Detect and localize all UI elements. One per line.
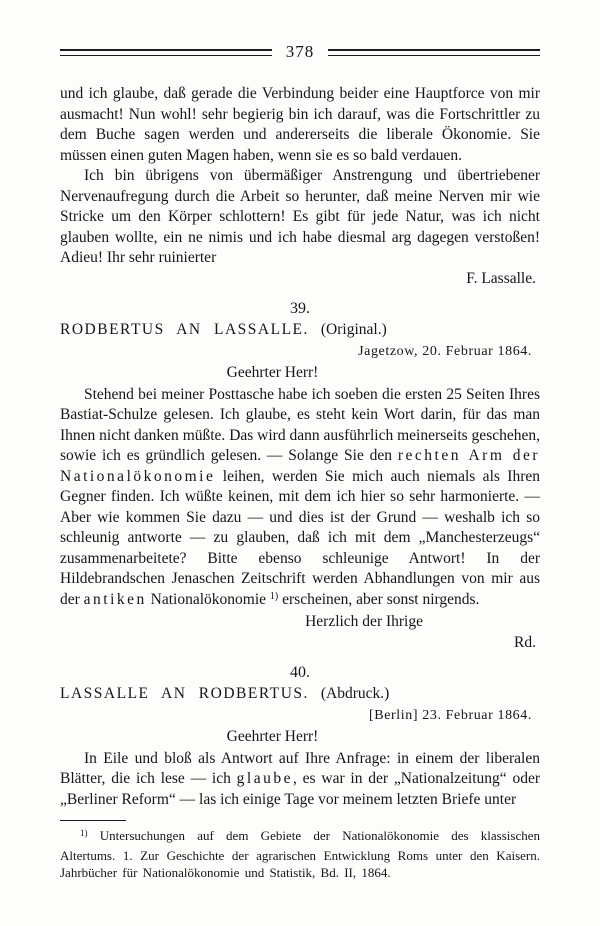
letter40-heading: LASSALLE AN RODBERTUS.(Abdruck.) xyxy=(60,685,540,703)
footnote-reference-mark: 1) xyxy=(270,591,278,602)
letter39-body-text: leihen, werden Sie mich auch niemals als… xyxy=(60,468,540,608)
letter39-heading-names: RODBERTUS AN LASSALLE. xyxy=(60,321,309,338)
letter40-section-number: 40. xyxy=(60,664,540,682)
letter40-heading-names: LASSALLE AN RODBERTUS. xyxy=(60,685,309,702)
footnote-text: Untersuchungen auf dem Gebiete der Natio… xyxy=(60,828,540,880)
page-number: 378 xyxy=(272,42,329,62)
letter39-body-text: erscheinen, aber sonst nirgends. xyxy=(278,591,479,608)
letter39-section-number: 39. xyxy=(60,300,540,318)
letter39-heading-note: (Original.) xyxy=(321,321,387,338)
header-rule-left xyxy=(60,49,272,56)
letter38-paragraph-1: und ich glaube, daß gerade die Verbindun… xyxy=(60,84,540,166)
letter40-body: In Eile und bloß als Antwort auf Ihre An… xyxy=(60,749,540,811)
letter39-closing: Herzlich der Ihrige xyxy=(60,612,540,633)
letter39-dateline: Jagetzow, 20. Februar 1864. xyxy=(60,342,540,361)
letter40-salutation: Geehrter Herr! xyxy=(60,727,540,748)
footnote-1: 1) Untersuchungen auf dem Gebiete der Na… xyxy=(60,827,540,882)
header-rule-right xyxy=(328,49,540,56)
letter40-body-emphasis: glaube xyxy=(237,770,293,787)
letter39-salutation: Geehrter Herr! xyxy=(60,363,540,384)
footnote-marker: 1) xyxy=(80,828,88,838)
letter39-body: Stehend bei meiner Posttasche habe ich s… xyxy=(60,385,540,613)
letter38-paragraph-2: Ich bin übrigens von übermäßiger Anstren… xyxy=(60,166,540,269)
letter39-heading: RODBERTUS AN LASSALLE.(Original.) xyxy=(60,321,540,339)
letter40-dateline: [Berlin] 23. Februar 1864. xyxy=(60,706,540,725)
running-header: 378 xyxy=(60,42,540,62)
letter39-body-text: Nationalökonomie xyxy=(147,591,270,608)
letter40-heading-note: (Abdruck.) xyxy=(321,685,389,702)
footnote-separator-rule xyxy=(60,820,126,821)
letter39-signature: Rd. xyxy=(60,633,540,654)
letter39-body-emphasis-2: antiken xyxy=(84,591,147,608)
book-page: 378 und ich glaube, daß gerade die Verbi… xyxy=(0,0,600,926)
letter38-signature: F. Lassalle. xyxy=(60,269,540,290)
